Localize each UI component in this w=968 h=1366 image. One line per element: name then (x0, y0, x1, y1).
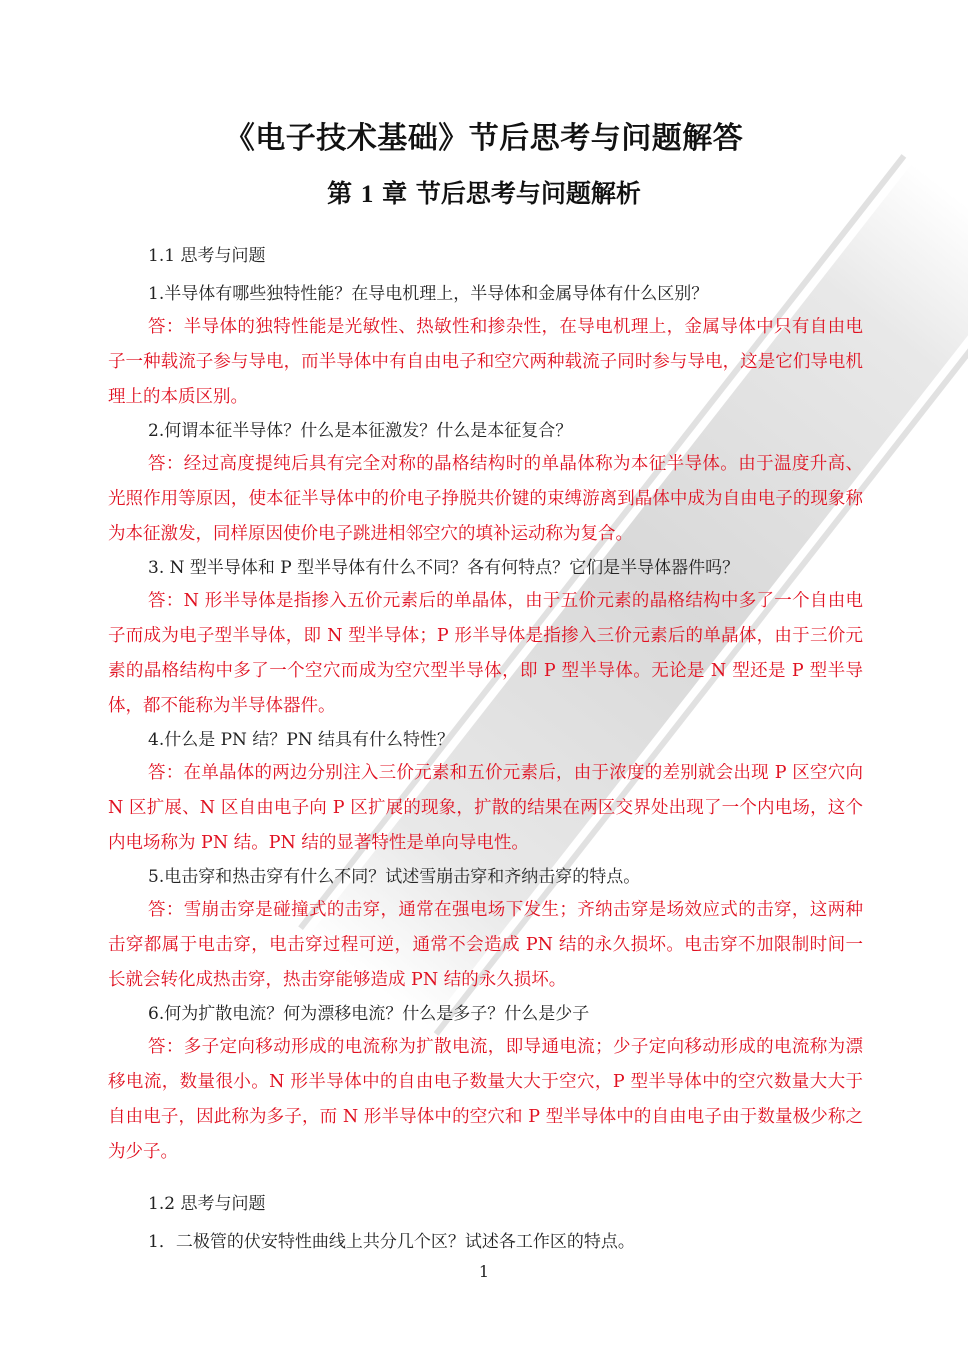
question-3: 3. N 型半导体和 P 型半导体有什么不同？各有何特点？它们是半导体器件吗？ (148, 556, 863, 580)
document-title: 《电子技术基础》节后思考与问题解答 (0, 113, 968, 157)
document-page: 《电子技术基础》节后思考与问题解答 第 1 章 节后思考与问题解析 1.1 思考… (0, 0, 968, 1366)
section-heading-1-1: 1.1 思考与问题 (148, 244, 863, 268)
chapter-number: 1 (361, 181, 374, 208)
section-heading-1-2: 1.2 思考与问题 (148, 1192, 863, 1216)
chapter-suffix: 章 节后思考与问题解析 (382, 179, 641, 208)
answer-3: 答：N 形半导体是指掺入五价元素后的单晶体，由于五价元素的晶格结构中多了一个自由… (108, 584, 863, 724)
document-body: 1.1 思考与问题 1.半导体有哪些独特性能？在导电机理上，半导体和金属导体有什… (108, 244, 863, 1264)
answer-5: 答：雪崩击穿是碰撞式的击穿，通常在强电场下发生；齐纳击穿是场效应式的击穿，这两种… (108, 893, 863, 998)
answer-4: 答：在单晶体的两边分别注入三价元素和五价元素后，由于浓度的差别就会出现 P 区空… (108, 756, 863, 861)
question-1: 1.半导体有哪些独特性能？在导电机理上，半导体和金属导体有什么区别？ (148, 282, 863, 306)
question-4: 4.什么是 PN 结？PN 结具有什么特性？ (148, 728, 863, 752)
answer-6: 答：多子定向移动形成的电流称为扩散电流，即导通电流；少子定向移动形成的电流称为漂… (108, 1030, 863, 1170)
page-number: 1 (0, 1262, 968, 1281)
chapter-prefix: 第 (327, 179, 352, 208)
answer-2: 答：经过高度提纯后具有完全对称的晶格结构时的单晶体称为本征半导体。由于温度升高、… (108, 447, 863, 552)
question-2: 2.何谓本征半导体？什么是本征激发？什么是本征复合？ (148, 419, 863, 443)
question-1-2-1: 1．二极管的伏安特性曲线上共分几个区？试述各工作区的特点。 (148, 1230, 863, 1254)
chapter-heading: 第 1 章 节后思考与问题解析 (0, 174, 968, 210)
question-5: 5.电击穿和热击穿有什么不同？试述雪崩击穿和齐纳击穿的特点。 (148, 865, 863, 889)
answer-1: 答：半导体的独特性能是光敏性、热敏性和掺杂性，在导电机理上，金属导体中只有自由电… (108, 310, 863, 415)
question-6: 6.何为扩散电流？何为漂移电流？什么是多子？什么是少子 (148, 1002, 863, 1026)
